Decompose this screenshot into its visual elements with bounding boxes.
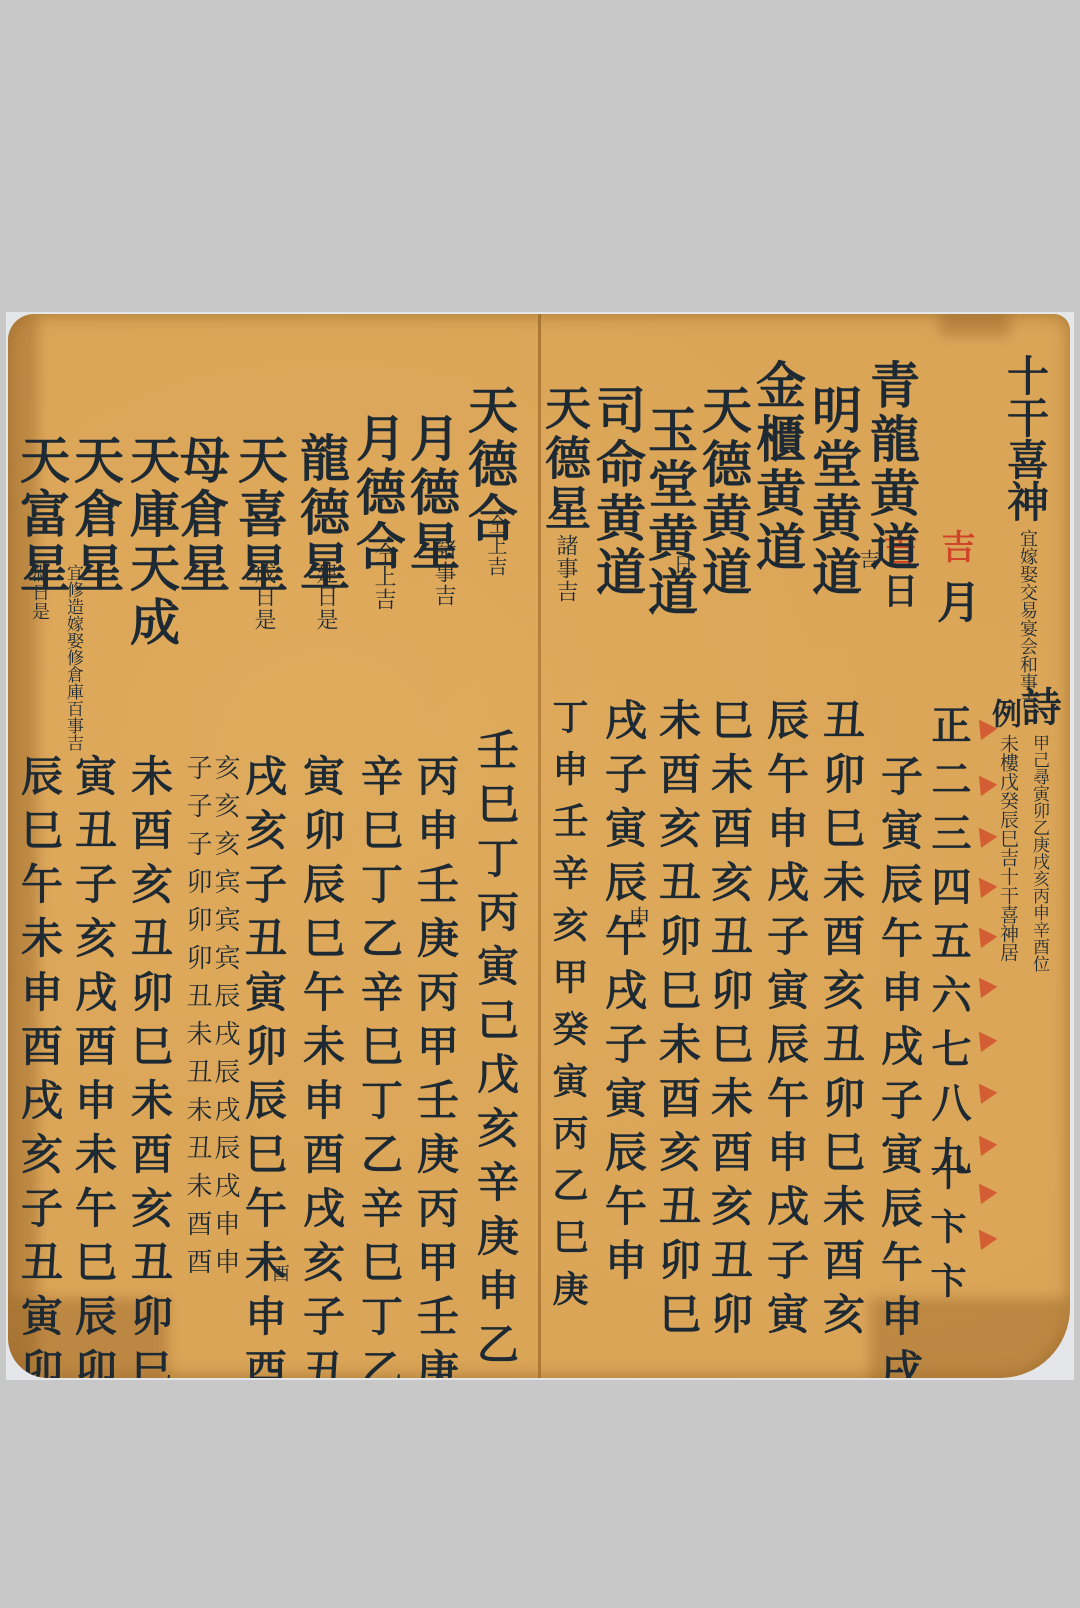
entry-yuede-xing-note: 諸事吉 xyxy=(432,538,454,607)
lower-left-subcol-b: 子子子卯卯卯丑未丑未丑未酉酉 xyxy=(184,754,210,1286)
month-3: 三 xyxy=(925,812,972,866)
entry-tianxi-xing-note: 成日是 xyxy=(252,562,274,631)
entry-jingui: 金櫃黄道 xyxy=(752,359,802,575)
lower-right-col-7: 丁申壬辛亥甲癸寅丙乙巳庚 xyxy=(550,698,586,1322)
red-tick-icon xyxy=(971,872,998,898)
top-right-damage xyxy=(940,314,1010,336)
entry-tiande-he-note: 仝上吉 xyxy=(486,514,506,577)
title-shigan-xishen: 十干喜神 xyxy=(1004,354,1046,522)
lower-right-col-1: 子寅辰午申戌子寅辰午申戌 xyxy=(878,754,920,1378)
entry-mucang-xing: 母倉星 xyxy=(176,434,226,596)
red-tick-icon xyxy=(971,770,998,796)
lower-left-subcol-a: 亥亥亥宾宾宾辰戌辰戌辰戌申申 xyxy=(212,754,238,1286)
month-label-ji: 吉 xyxy=(938,529,972,567)
poem-heading-shi: 詩 xyxy=(1018,686,1058,730)
entry-tiande-huangdao: 天德黄道 xyxy=(698,384,748,600)
entry-qinglong: 青龍黄道 xyxy=(866,359,916,575)
month-8: 八 xyxy=(925,1082,972,1136)
poem-line-1: 甲己尋寅卯乙庚戌亥丙申辛酉位 xyxy=(1030,734,1047,972)
lower-right-col-4: 巳未酉亥丑卯巳未酉亥丑卯 xyxy=(708,698,750,1346)
month-5: 五 xyxy=(925,920,972,974)
lower-left-col-1: 壬巳丁丙寅己戊亥辛庚申乙 xyxy=(474,728,516,1376)
lower-left-col-8: 未酉亥丑卯巳未酉亥丑卯巳 xyxy=(128,754,170,1378)
lower-right-col-3: 辰午申戌子寅辰午申戌子寅 xyxy=(764,698,806,1346)
red-tick-icon xyxy=(971,822,998,848)
entry-mingtang: 明堂黄道 xyxy=(808,384,858,600)
month-6: 六 xyxy=(925,974,972,1028)
lower-left-col-5: 戌亥子丑寅卯辰巳午未申酉 xyxy=(242,754,284,1378)
entry-tiande-xing: 天德星 xyxy=(542,384,588,534)
month-1: 正 xyxy=(925,704,972,758)
lower-right-col-2: 丑卯巳未酉亥丑卯巳未酉亥 xyxy=(820,698,862,1346)
entry-yutang-note: 日 xyxy=(672,554,692,575)
lower-left-col-4: 寅卯辰巳午未申酉戌亥子丑 xyxy=(300,754,342,1378)
lower-left-col-9: 寅丑子亥戌酉申未午巳辰卯 xyxy=(72,754,114,1378)
month-7: 七 xyxy=(925,1028,972,1082)
entry-yuede-he-note: 仝上吉 xyxy=(372,542,394,611)
poem-line-2: 未樓戊癸辰巳吉十干喜神居 xyxy=(998,734,1017,962)
month-2: 二 xyxy=(925,758,972,812)
entry-tiande-xing-note: 諸事吉 xyxy=(554,534,576,603)
lower-right-col-5: 未酉亥丑卯巳未酉亥丑卯巳 xyxy=(656,698,698,1346)
insert-note-shen: 申 xyxy=(626,906,648,929)
red-tick-icon xyxy=(971,1224,998,1250)
month-4: 四 xyxy=(925,866,972,920)
entry-longde-xing-note: 建日是 xyxy=(314,562,336,631)
lower-left-col-10: 辰巳午未申酉戌亥子丑寅卯 xyxy=(18,754,60,1378)
entry-tianku-tiancheng: 天庫天成 xyxy=(126,434,176,650)
red-tick-icon xyxy=(971,972,998,998)
red-tick-icon xyxy=(971,1178,998,1204)
entry-tianfu-xing-note: 滿日是 xyxy=(30,564,48,621)
red-tick-icon xyxy=(971,1130,998,1156)
day-label-ri: 日 xyxy=(880,572,916,612)
month-numbers-column: 正二三四五六七八九 xyxy=(928,704,968,1190)
month-label-yue: 月 xyxy=(932,579,976,627)
month-numbers-10-12: 十卞卞 xyxy=(928,1154,964,1316)
manuscript-page: 十干喜神 宜嫁娶交易宴会和事吉 吉 月 吉 日 青龍黄道 吉 明堂黄道 金櫃黄道… xyxy=(8,314,1070,1378)
red-tick-icon xyxy=(971,922,998,948)
lower-left-col-2: 丙申壬庚丙甲壬庚丙甲壬庚 xyxy=(414,754,456,1378)
red-tick-icon xyxy=(971,1026,998,1052)
lower-left-subcol-c: 酉 xyxy=(270,1264,288,1283)
entry-siming: 司命黄道 xyxy=(592,384,642,600)
entry-yutang: 玉堂黄道 xyxy=(644,404,694,620)
lower-left-col-3: 辛巳丁乙辛巳丁乙辛巳丁乙 xyxy=(358,754,400,1378)
lower-right-col-6: 戌子寅辰午戌子寅辰午申 xyxy=(602,698,644,1292)
red-tick-icon xyxy=(971,1078,998,1104)
